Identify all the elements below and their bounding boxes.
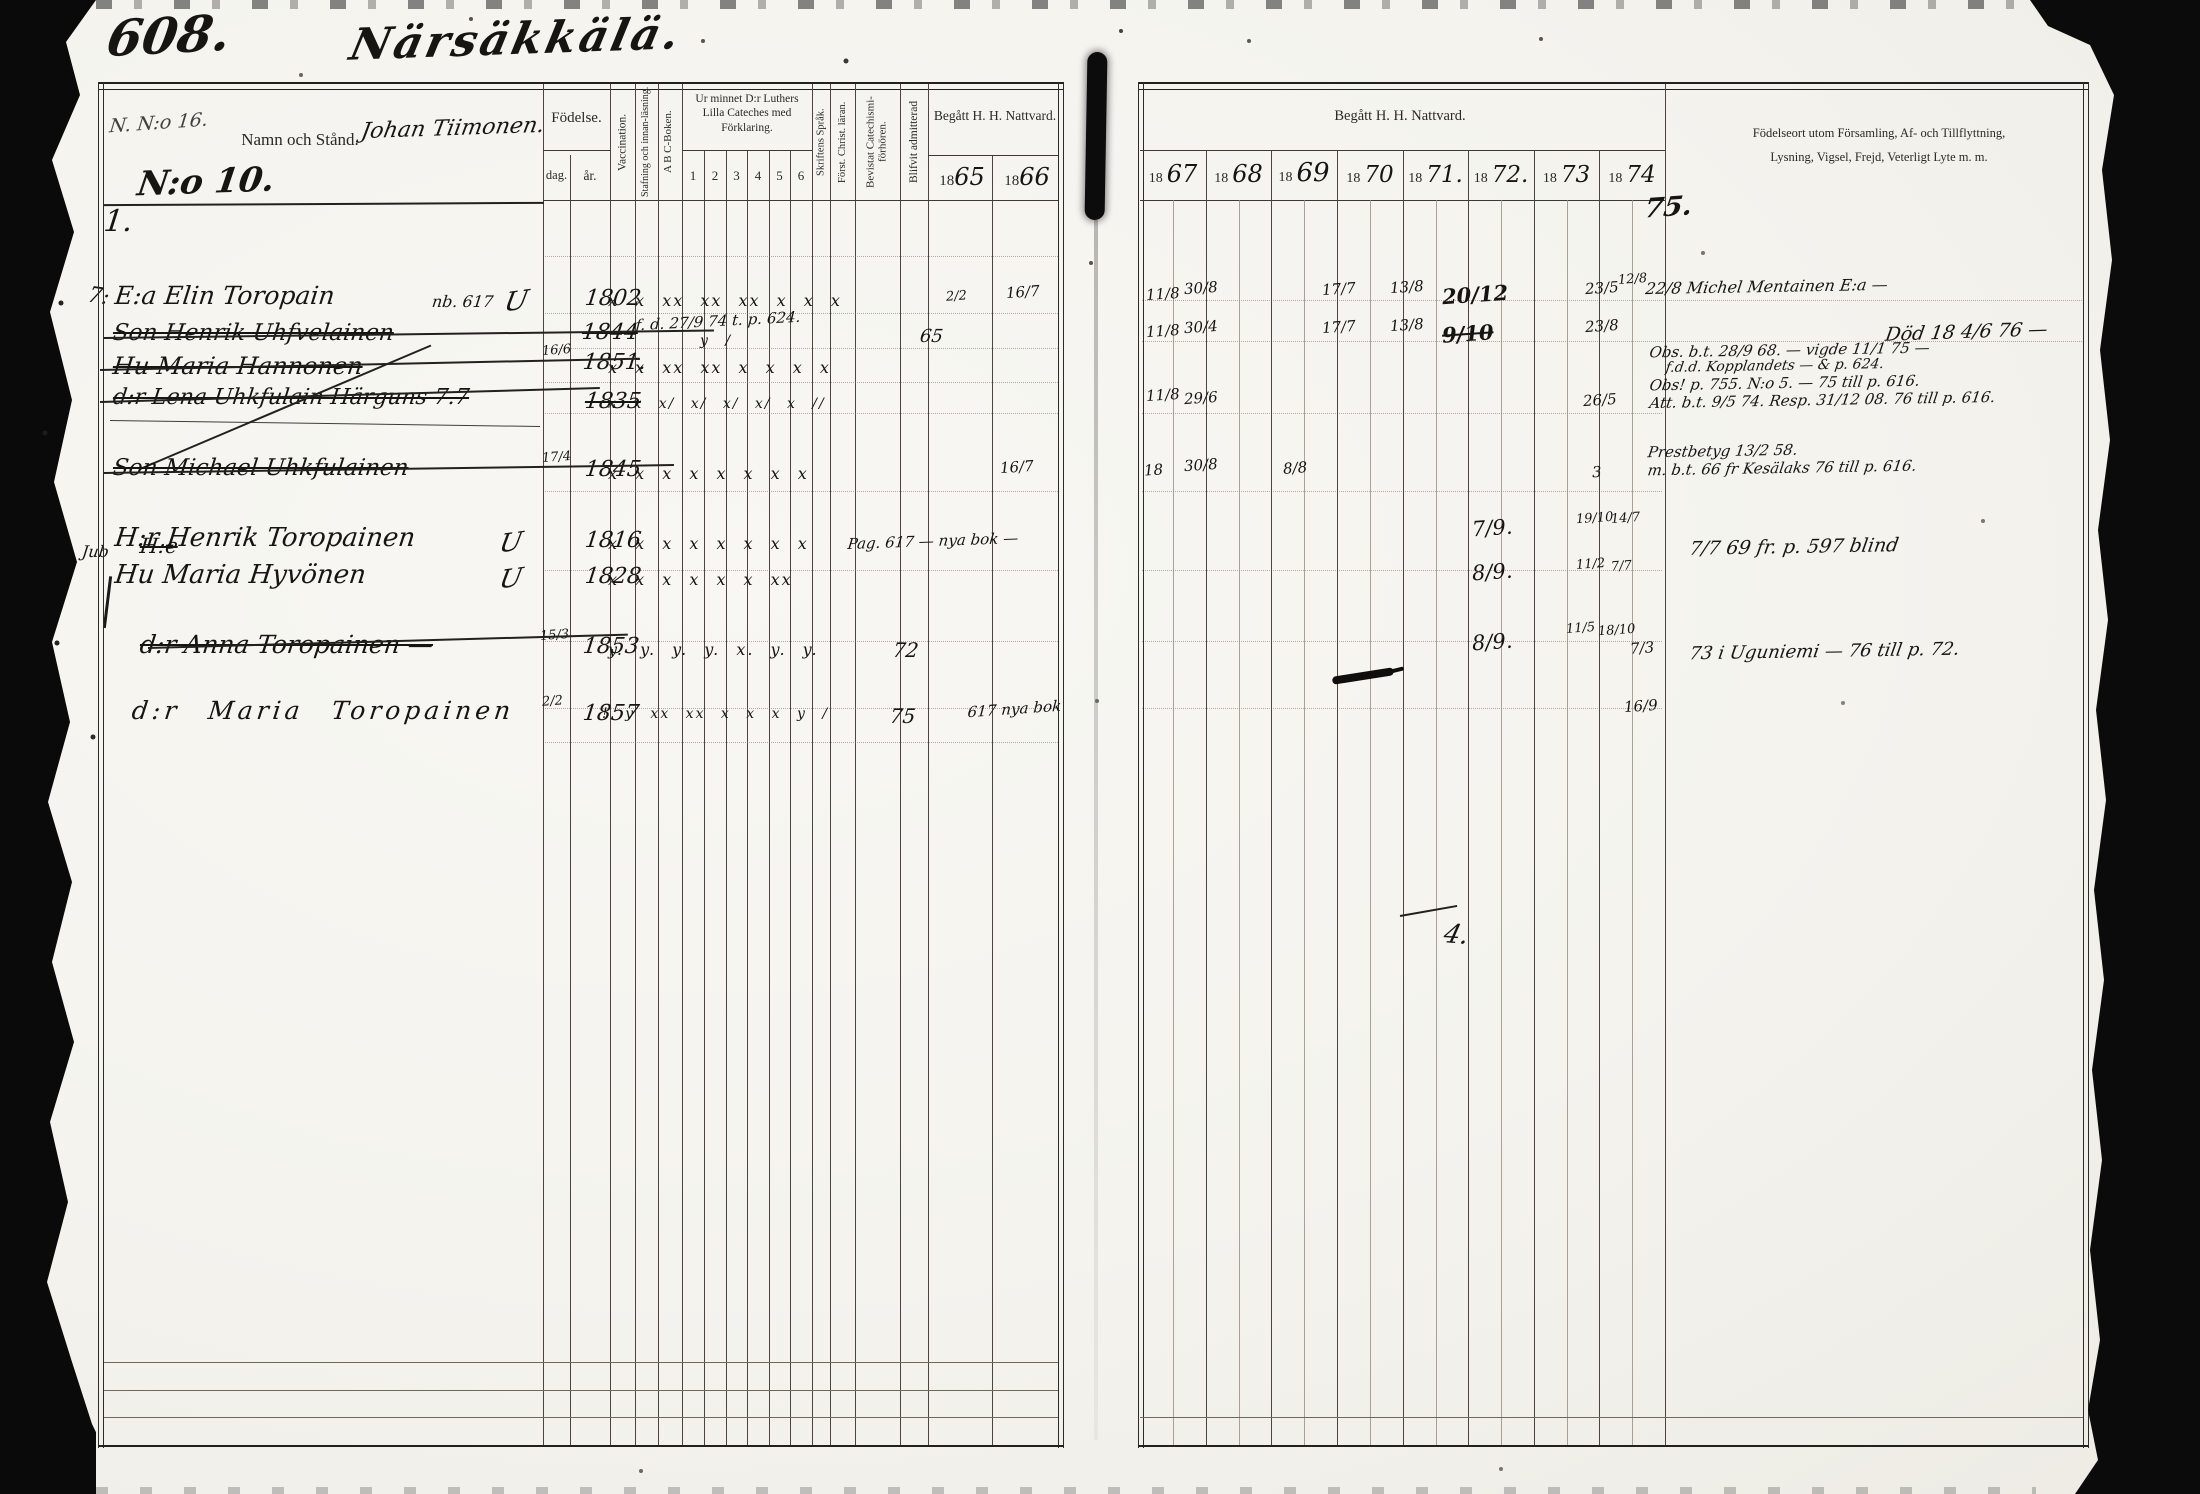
year-written: 71.	[1426, 162, 1463, 188]
column-header-communion-left: Begått H. H. Nattvard.	[928, 108, 1062, 124]
column-header-scripture: Skriftens Språk.	[812, 86, 830, 198]
communion-date: 26/5	[1582, 390, 1617, 410]
scan-edge-bottom	[96, 1487, 2036, 1494]
margin-note-jub: Jub	[81, 542, 110, 561]
scanned-church-record-spread: 608. Närsäkkälä. N. N:o 16. Johan Tiimon…	[0, 0, 2200, 1494]
communion-date: 19/10	[1576, 510, 1614, 528]
communion-date: 17/7	[1321, 279, 1356, 299]
communion-date: 11/8	[1145, 385, 1180, 405]
communion-date: 17/7	[1321, 317, 1356, 337]
column-header-vaccination: Vaccination.	[610, 86, 635, 198]
person-name: E:a Elin Toropain	[113, 281, 336, 310]
year-header-1865: 1865	[934, 163, 990, 191]
year-header-1867: 18 67	[1140, 160, 1206, 188]
year-written: 74	[1626, 162, 1655, 188]
year-prefix: 18	[1474, 171, 1488, 186]
communion-1866: 16/7	[1005, 282, 1040, 302]
margin-pen-stroke	[103, 576, 112, 628]
column-header-abc: A B C-Boken.	[658, 86, 680, 198]
scan-edge-right	[2030, 0, 2200, 1494]
communion-date: 14/7	[1611, 510, 1641, 527]
year-prefix: 18	[1543, 171, 1557, 186]
year-prefix: 18	[1149, 171, 1163, 186]
year-written: 67	[1167, 160, 1198, 188]
year-header-1868: 18 68	[1206, 160, 1271, 188]
birth-day: 16/6	[542, 342, 572, 359]
attended-value: 65	[919, 326, 944, 347]
stray-pen-dash	[1400, 905, 1457, 917]
year-header-1874: 18 74	[1599, 162, 1665, 188]
pen-scribble: U	[502, 285, 531, 319]
communion-date: 8/9.	[1471, 559, 1513, 586]
year-header-1873: 18 73	[1534, 162, 1599, 188]
examination-marks: ! y xx xx x x x y /	[602, 706, 829, 722]
year-prefix: 18	[939, 173, 954, 189]
column-header-spelling: Stafning och innan-läsning.	[635, 86, 658, 198]
person-name: Hu Maria Hyvönen	[113, 560, 368, 590]
year-prefix: 18	[1278, 170, 1292, 185]
column-header-christ-doctrine: Först. Christ. läran.	[830, 86, 855, 198]
scan-edge-left	[0, 0, 96, 1494]
year-written: 72.	[1492, 162, 1529, 188]
examination-marks: x x x x x x xx	[608, 570, 793, 589]
communion-date: 8/9.	[1471, 629, 1513, 656]
column-header-name: Namn och Stånd.	[180, 130, 420, 150]
catechism-col-3: 3	[726, 168, 747, 184]
communion-date: 30/4	[1183, 317, 1218, 337]
note-annotation: 7/7 69 fr. p. 597 blind	[1688, 534, 1900, 560]
communion-date: 7/3	[1629, 638, 1654, 658]
admitted-note: Pag. 617 — nya bok —	[847, 529, 1020, 553]
catechism-col-2: 2	[704, 168, 726, 184]
admitted-note: 617 nya bok	[967, 697, 1062, 721]
catechism-col-6: 6	[790, 168, 812, 184]
communion-date: 13/8	[1389, 315, 1424, 335]
note-annotation: m. b.t. 66 fr Kesälaks 76 till p. 616.	[1646, 457, 1917, 480]
communion-date: 11/8	[1145, 321, 1180, 341]
communion-date: 12/8	[1618, 271, 1648, 288]
catechism-col-1: 1	[682, 168, 704, 184]
year-prefix: 18	[1408, 171, 1422, 186]
column-header-birth: Födelse.	[543, 110, 610, 127]
person-name-note: nb. 617	[431, 292, 495, 311]
page-title: Närsäkkälä.	[345, 8, 687, 70]
communion-date: 23/5	[1584, 278, 1619, 298]
year-header-1869: 18 69	[1271, 158, 1337, 188]
attended-value: 72	[892, 638, 920, 662]
notes-header-line2: Lysning, Vigsel, Frejd, Veterligt Lyte m…	[1713, 150, 2045, 165]
communion-date: 23/8	[1584, 316, 1619, 336]
communion-date-struck: 9/10	[1441, 319, 1494, 348]
communion-1866: 16/7	[999, 457, 1034, 477]
column-header-admitted: Blifvit admitterad	[900, 86, 928, 198]
person-name: H:r Henrik Toropainen	[113, 523, 417, 553]
year-written: 70	[1364, 162, 1393, 188]
communion-date: 18/10	[1598, 622, 1636, 640]
scan-speckles	[0, 0, 2, 2]
column-header-birth-day: dag.	[543, 168, 570, 183]
examination-marks: y /	[700, 333, 732, 349]
year-written: 68	[1232, 160, 1263, 188]
year-written: 66	[1019, 163, 1050, 191]
communion-date: 13/8	[1389, 277, 1424, 297]
examination-marks: x x xx xx xx x x x	[608, 291, 842, 310]
note-annotation: 73 i Uguniemi — 76 till p. 72.	[1688, 639, 1961, 665]
communion-date: 11/5	[1566, 620, 1596, 637]
communion-date: 20/12	[1441, 280, 1509, 310]
examination-marks: x x xx xx x x x x	[608, 358, 831, 377]
register-number: N:o 10.	[135, 160, 278, 205]
book-gutter-shadow-lower	[1094, 220, 1098, 1440]
notes-header-line1: Födelseort utom Församling, Af- och Till…	[1693, 126, 2065, 141]
communion-1865: 2/2	[946, 288, 968, 304]
year-header-1870: 18 70	[1337, 162, 1403, 188]
year-prefix: 18	[1214, 171, 1228, 186]
communion-date: 30/8	[1183, 455, 1218, 475]
communion-date: 30/8	[1183, 278, 1218, 298]
margin-year-note: 75.	[1643, 190, 1695, 224]
communion-date: 8/8	[1282, 458, 1307, 478]
year-prefix: 18	[1346, 171, 1360, 186]
communion-date: 3	[1591, 463, 1602, 482]
column-header-birth-year: år.	[570, 168, 610, 184]
column-header-attended: Bevistat Catechismi-förhören.	[855, 86, 900, 198]
communion-date: 11/2	[1576, 556, 1606, 573]
year-written: 69	[1296, 158, 1329, 188]
note-annotation: 22/8 Michel Mentainen E:a —	[1644, 275, 1889, 298]
person-name: d:r Maria Toropainen	[130, 696, 516, 725]
pen-scribble: U	[497, 563, 525, 596]
ink-smudge	[1332, 667, 1394, 685]
birth-day: 2/2	[542, 693, 564, 709]
year-prefix: 18	[1608, 171, 1622, 186]
examination-marks: y. y. y. y. x. y. y.	[608, 640, 819, 659]
communion-date: 11/8	[1145, 284, 1180, 304]
birth-day: 17/4	[542, 449, 572, 466]
column-header-communion-right: Begått H. H. Nattvard.	[1240, 108, 1560, 125]
page-number: 608.	[103, 3, 235, 68]
examination-marks: x x x x x x x x	[608, 534, 809, 553]
margin-note-1: 1.	[102, 204, 135, 239]
communion-date: 16/9	[1623, 696, 1658, 716]
attended-value: 75	[889, 704, 917, 728]
year-header-1866: 1866	[996, 163, 1058, 191]
communion-date: 29/6	[1183, 388, 1218, 408]
communion-date: 7/9.	[1471, 515, 1513, 542]
examination-marks: x x x/ x/ x/ x/ x //	[608, 396, 826, 412]
catechism-col-5: 5	[769, 168, 790, 184]
catechism-col-4: 4	[747, 168, 769, 184]
pen-scribble: U	[497, 527, 525, 560]
year-header-1872: 18 72.	[1468, 162, 1534, 188]
year-written: 65	[954, 163, 985, 191]
scan-edge-top	[96, 0, 2036, 9]
communion-date: 7/7	[1611, 558, 1633, 574]
year-header-1871: 18 71.	[1403, 162, 1468, 188]
year-written: 73	[1561, 162, 1590, 188]
examination-marks: x x x x x x x x	[608, 464, 809, 483]
year-prefix: 18	[1004, 173, 1019, 189]
column-header-catechism: Ur minnet D:r Luthers Lilla Cateches med…	[684, 92, 810, 135]
book-gutter-shadow	[1085, 52, 1108, 220]
communion-date: 18	[1143, 460, 1163, 479]
strike-line-2	[110, 420, 540, 427]
